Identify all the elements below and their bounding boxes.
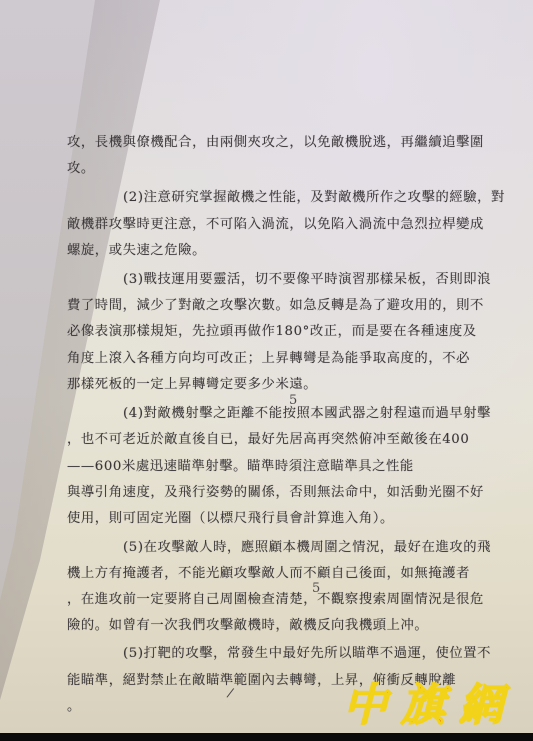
photo-background: 攻，長機與僚機配合，由兩側夾攻之，以免敵機脫逃，再繼續追擊圍 攻。 (2)注意研… [0, 0, 533, 733]
text-line: 那樣死板的一定上昇轉彎定要多少米遠。 [67, 376, 317, 394]
text-line: 螺旋，或失速之危險。 [67, 242, 206, 260]
text-line: 險的。如曾有一次我們攻擊敵機時，敵機反向我機頭上冲。 [67, 617, 428, 635]
site-watermark: 中旗網 [343, 678, 517, 733]
text-line: 攻，長機與僚機配合，由兩側夾攻之，以免敵機脫逃，再繼續追擊圍 [67, 134, 484, 152]
text-line: 機上方有掩護者，不能光顧攻擊敵人而不顧自己後面，如無掩護者 [67, 565, 470, 583]
text-line: 敵機群攻擊時更注意，不可陷入渦流，以免陷入渦流中急烈拉桿變成 [67, 216, 484, 234]
paragraph-4-start: (4)對敵機射擊之距離不能按照本國武器之射程遠而過早射擊 [67, 405, 491, 423]
bottom-black-bar [0, 733, 533, 741]
text-line: 使用，則可固定光圈（以標尺飛行員會計算進入角）。 [67, 510, 394, 528]
text-line: ，也不可老近於敵直後自已，最好先居高再突然俯冲至敵後在400 [67, 431, 469, 449]
text-line: 。 [67, 698, 81, 716]
text-line: 攻。 [67, 160, 95, 178]
text-line: ——600米處迅速瞄準射擊。瞄準時須注意瞄準具之性能 [67, 458, 414, 476]
text-line: 必像表演那樣規矩，先拉頭再做作180°改正，而是要在各種速度及 [67, 323, 477, 341]
text-line: ，在進攻前一定要將自己周圍檢查清楚，不觀察搜索周圍情況是很危 [67, 591, 484, 609]
paragraph-5-start: (5)在攻擊敵人時，應照顧本機周圍之情況，最好在進攻的飛 [67, 539, 491, 557]
handwritten-mark: 5 [312, 581, 320, 596]
text-line: 角度上滾入各種方向均可改正；上昇轉彎是為能爭取高度的，不必 [67, 350, 470, 368]
paragraph-3-start: (3)戰技運用要靈活，切不要像平時演習那樣呆板，否則即浪 [67, 271, 491, 289]
paragraph-2-start: (2)注意研究掌握敵機之性能，及對敵機所作之攻擊的經驗，對 [67, 189, 505, 207]
paragraph-6-start: (5)打靶的攻擊，常發生中最好先所以瞄準不過運，使位置不 [67, 645, 491, 663]
text-line: 費了時間，減少了對敵之攻擊次數。如急反轉是為了避攻用的，則不 [67, 297, 484, 315]
text-line: 與導引角速度，及飛行姿勢的關係，否則無法命中，如活動光圈不好 [67, 484, 484, 502]
handwritten-mark: 5 [289, 393, 297, 408]
